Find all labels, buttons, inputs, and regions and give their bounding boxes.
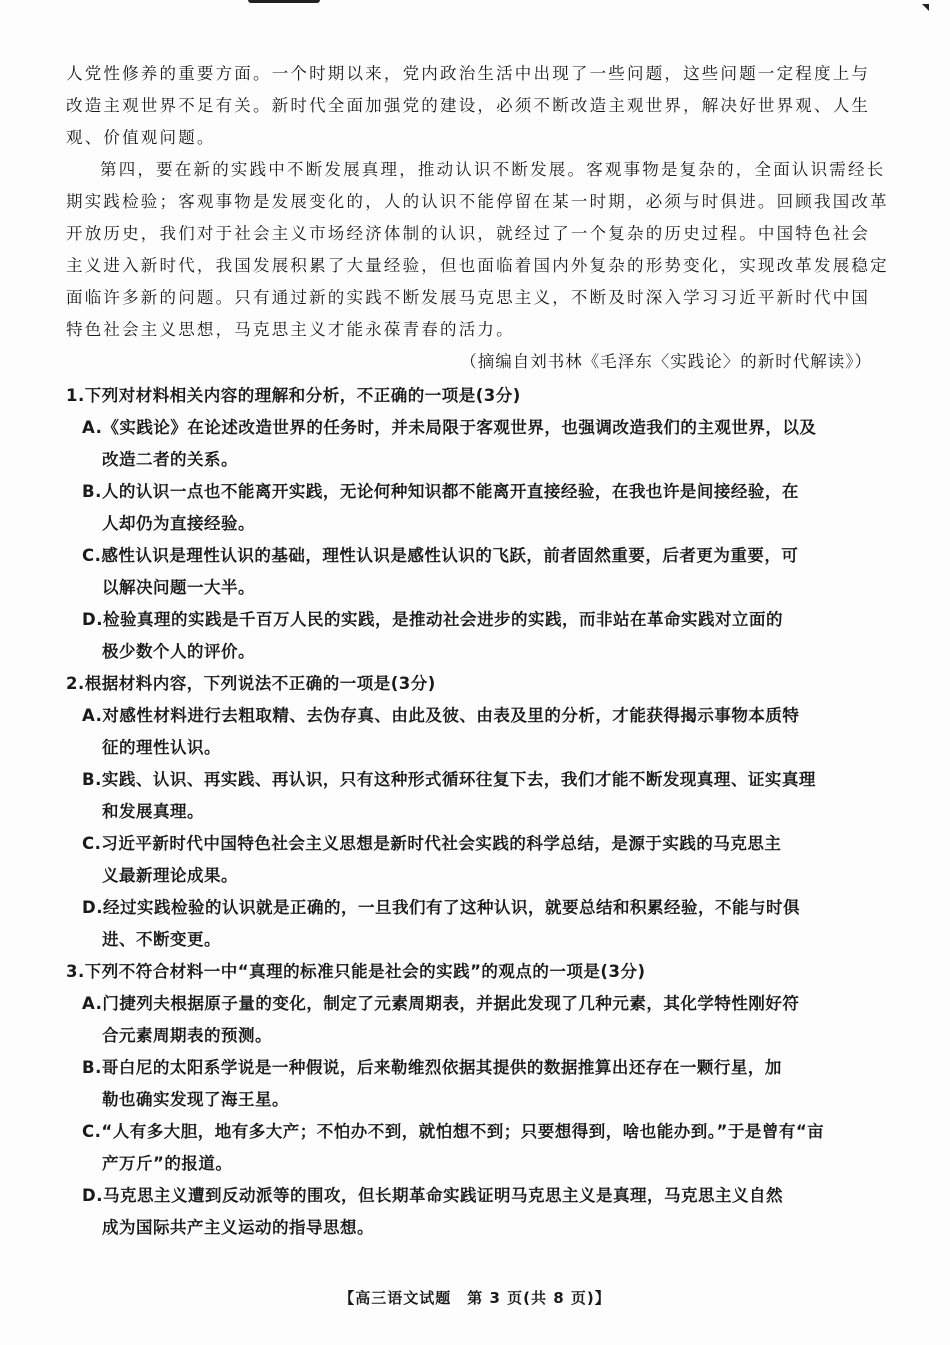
option-d-cont: 成为国际共产主义运动的指导思想。 <box>66 1212 872 1244</box>
passage-line: 改造主观世界不足有关。新时代全面加强党的建设，必须不断改造主观世界，解决好世界观… <box>66 90 872 122</box>
page-footer: 【高三语文试题 第 3 页(共 8 页)】 <box>0 1287 950 1308</box>
option-d: D.马克思主义遭到反动派等的围攻，但长期革命实践证明马克思主义是真理，马克思主义… <box>66 1180 872 1212</box>
passage-line: 特色社会主义思想，马克思主义才能永葆青春的活力。 <box>66 314 872 346</box>
reading-passage: 人党性修养的重要方面。一个时期以来，党内政治生活中出现了一些问题，这些问题一定程… <box>66 58 872 378</box>
option-a-cont: 改造二者的关系。 <box>66 444 872 476</box>
option-b-cont: 勒也确实发现了海王星。 <box>66 1084 872 1116</box>
option-c: C.“人有多大胆，地有多大产；不怕办不到，就怕想不到；只要想得到，啥也能办到。”… <box>66 1116 872 1148</box>
passage-line: 主义进入新时代，我国发展积累了大量经验，但也面临着国内外复杂的形势变化，实现改革… <box>66 250 872 282</box>
option-a-cont: 合元素周期表的预测。 <box>66 1020 872 1052</box>
option-c-cont: 产万斤”的报道。 <box>66 1148 872 1180</box>
option-c: C.感性认识是理性认识的基础，理性认识是感性认识的飞跃，前者固然重要，后者更为重… <box>66 540 872 572</box>
passage-line: 人党性修养的重要方面。一个时期以来，党内政治生活中出现了一些问题，这些问题一定程… <box>66 58 872 90</box>
option-d: D.经过实践检验的认识就是正确的，一旦我们有了这种认识，就要总结和积累经验，不能… <box>66 892 872 924</box>
option-b: B.人的认识一点也不能离开实践，无论何种知识都不能离开直接经验，在我也许是间接经… <box>66 476 872 508</box>
option-a: A.《实践论》在论述改造世界的任务时，并未局限于客观世界，也强调改造我们的主观世… <box>66 412 872 444</box>
question-stem: 3.下列不符合材料一中“真理的标准只能是社会的实践”的观点的一项是(3分) <box>66 956 872 988</box>
question-stem: 1.下列对材料相关内容的理解和分析，不正确的一项是(3分) <box>66 380 872 412</box>
option-b: B.实践、认识、再实践、再认识，只有这种形式循环往复下去，我们才能不断发现真理、… <box>66 764 872 796</box>
option-a: A.对感性材料进行去粗取精、去伪存真、由此及彼、由表及里的分析，才能获得揭示事物… <box>66 700 872 732</box>
scan-artifact-corner <box>922 4 929 11</box>
passage-line: 期实践检验；客观事物是发展变化的，人的认识不能停留在某一时期，必须与时俱进。回顾… <box>66 186 872 218</box>
question-2: 2.根据材料内容，下列说法不正确的一项是(3分) A.对感性材料进行去粗取精、去… <box>66 668 872 956</box>
option-b-cont: 人却仍为直接经验。 <box>66 508 872 540</box>
passage-line: 面临许多新的问题。只有通过新的实践不断发展马克思主义，不断及时深入学习习近平新时… <box>66 282 872 314</box>
option-d-cont: 极少数个人的评价。 <box>66 636 872 668</box>
question-1: 1.下列对材料相关内容的理解和分析，不正确的一项是(3分) A.《实践论》在论述… <box>66 380 872 668</box>
scan-artifact-top <box>248 0 320 3</box>
option-d: D.检验真理的实践是千百万人民的实践，是推动社会进步的实践，而非站在革命实践对立… <box>66 604 872 636</box>
passage-source: （摘编自刘书林《毛泽东〈实践论〉的新时代解读》） <box>66 346 872 378</box>
question-3: 3.下列不符合材料一中“真理的标准只能是社会的实践”的观点的一项是(3分) A.… <box>66 956 872 1244</box>
option-b-cont: 和发展真理。 <box>66 796 872 828</box>
question-stem: 2.根据材料内容，下列说法不正确的一项是(3分) <box>66 668 872 700</box>
option-b: B.哥白尼的太阳系学说是一种假说，后来勒维烈依据其提供的数据推算出还存在一颗行星… <box>66 1052 872 1084</box>
option-a-cont: 征的理性认识。 <box>66 732 872 764</box>
passage-line: 开放历史，我们对于社会主义市场经济体制的认识，就经过了一个复杂的历史过程。中国特… <box>66 218 872 250</box>
passage-line: 观、价值观问题。 <box>66 122 872 154</box>
exam-page: 人党性修养的重要方面。一个时期以来，党内政治生活中出现了一些问题，这些问题一定程… <box>66 58 872 1244</box>
passage-line: 第四，要在新的实践中不断发展真理，推动认识不断发展。客观事物是复杂的，全面认识需… <box>66 154 872 186</box>
option-c-cont: 以解决问题一大半。 <box>66 572 872 604</box>
option-a: A.门捷列夫根据原子量的变化，制定了元素周期表，并据此发现了几种元素，其化学特性… <box>66 988 872 1020</box>
option-d-cont: 进、不断变更。 <box>66 924 872 956</box>
option-c: C.习近平新时代中国特色社会主义思想是新时代社会实践的科学总结，是源于实践的马克… <box>66 828 872 860</box>
option-c-cont: 义最新理论成果。 <box>66 860 872 892</box>
